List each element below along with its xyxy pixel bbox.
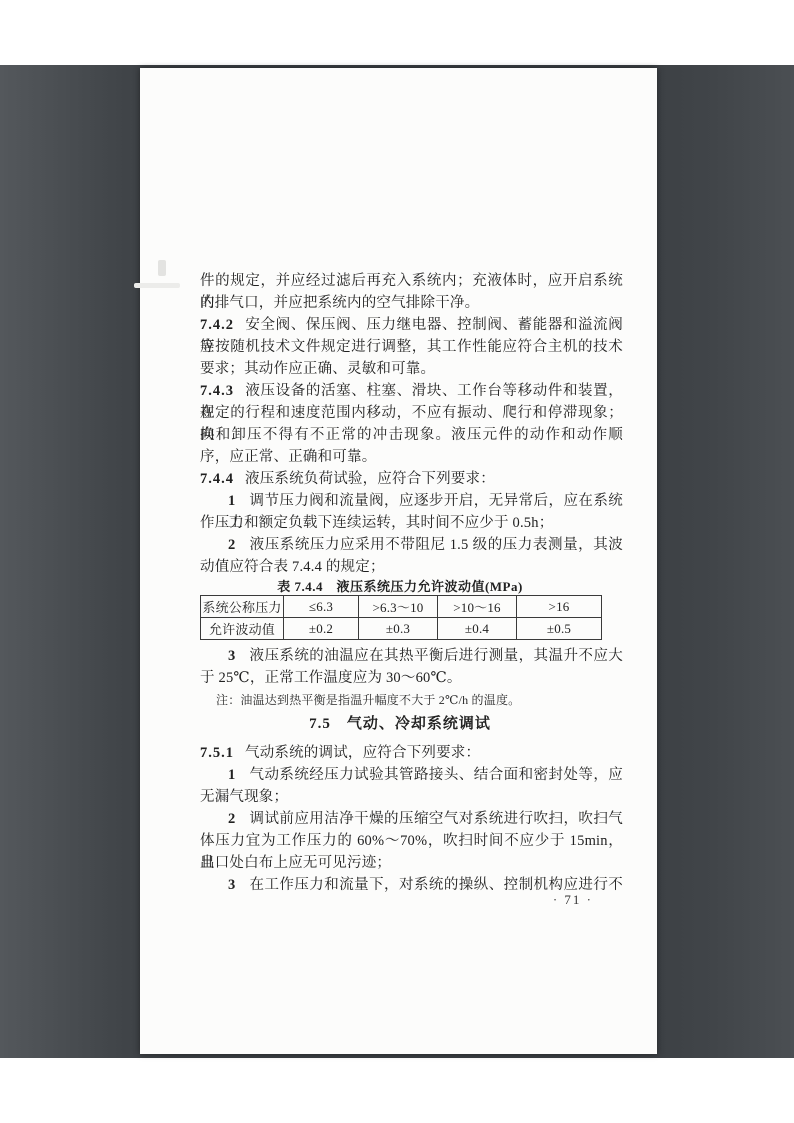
body-text-part2: 3液压系统的油温应在其热平衡后进行测量，其温升不应大于 25℃，正常工作温度应为… bbox=[200, 645, 623, 689]
text-line: 3液压系统的油温应在其热平衡后进行测量，其温升不应大 bbox=[200, 645, 623, 667]
text-line: 应按随机技术文件规定进行调整，其工作性能应符合主机的技术 bbox=[200, 336, 623, 358]
line-text: 气动系统的调试，应符合下列要求： bbox=[245, 745, 480, 761]
bold-number: 2 bbox=[228, 537, 236, 553]
bold-number: 7.4.2 bbox=[200, 317, 234, 333]
text-line: 出口处白布上应无可见污迹； bbox=[200, 852, 623, 874]
text-line: 向和卸压不得有不正常的冲击现象。液压元件的动作和动作顺 bbox=[200, 424, 623, 446]
text-line: 1气动系统经压力试验其管路接头、结合面和密封处等，应 bbox=[200, 764, 623, 786]
text-line: 件的规定，并应经过滤后再充入系统内；充液体时，应开启系统内 bbox=[200, 270, 623, 292]
scanned-document-screenshot: 件的规定，并应经过滤后再充入系统内；充液体时，应开启系统内的排气口，并应把系统内… bbox=[0, 0, 794, 1123]
line-text: 要求；其动作应正确、灵敏和可靠。 bbox=[200, 361, 435, 377]
body-text-part3: 7.5.1气动系统的调试，应符合下列要求：1气动系统经压力试验其管路接头、结合面… bbox=[200, 742, 623, 896]
bold-number: 7.4.4 bbox=[200, 471, 234, 487]
scan-dark-frame: 件的规定，并应经过滤后再充入系统内；充液体时，应开启系统内的排气口，并应把系统内… bbox=[0, 65, 794, 1058]
body-text-part1: 件的规定，并应经过滤后再充入系统内；充液体时，应开启系统内的排气口，并应把系统内… bbox=[200, 270, 623, 578]
text-line: 7.4.4液压系统负荷试验，应符合下列要求： bbox=[200, 468, 623, 490]
text-line: 体压力宜为工作压力的 60%～70%，吹扫时间不应少于 15min，且 bbox=[200, 830, 623, 852]
bold-number: 3 bbox=[228, 648, 236, 664]
bold-number: 1 bbox=[228, 493, 236, 509]
text-line: 的排气口，并应把系统内的空气排除干净。 bbox=[200, 292, 623, 314]
text-line: 序，应正常、正确和可靠。 bbox=[200, 446, 623, 468]
text-line: 2液压系统压力应采用不带阻尼 1.5 级的压力表测量，其波 bbox=[200, 534, 623, 556]
text-line: 规定的行程和速度范围内移动，不应有振动、爬行和停滞现象；换 bbox=[200, 402, 623, 424]
text-line: 要求；其动作应正确、灵敏和可靠。 bbox=[200, 358, 623, 380]
text-line: 1调节压力阀和流量阀，应逐步开启，无异常后，应在系统工 bbox=[200, 490, 623, 512]
line-text: 在工作压力和流量下，对系统的操纵、控制机构应进行不 bbox=[249, 877, 623, 893]
bold-number: 7.4.3 bbox=[200, 383, 234, 399]
line-text: 序，应正常、正确和可靠。 bbox=[200, 449, 376, 465]
table-cell: >16 bbox=[517, 596, 602, 618]
table-cell: ≤6.3 bbox=[284, 596, 359, 618]
table-cell: >6.3～10 bbox=[359, 596, 438, 618]
line-text: 于 25℃，正常工作温度应为 30～60℃。 bbox=[200, 670, 462, 686]
page-number: · 71 · bbox=[553, 892, 593, 908]
table-caption: 表 7.4.4 液压系统压力允许波动值(MPa) bbox=[200, 578, 600, 595]
table-row: 系统公称压力≤6.3>6.3～10>10～16>16 bbox=[201, 596, 602, 618]
table-row: 允许波动值±0.2±0.3±0.4±0.5 bbox=[201, 618, 602, 640]
table-cell: 系统公称压力 bbox=[201, 596, 284, 618]
text-line: 2调试前应用洁净干燥的压缩空气对系统进行吹扫，吹扫气 bbox=[200, 808, 623, 830]
line-text: 出口处白布上应无可见污迹； bbox=[200, 855, 391, 871]
table-cell: ±0.5 bbox=[517, 618, 602, 640]
document-page: 件的规定，并应经过滤后再充入系统内；充液体时，应开启系统内的排气口，并应把系统内… bbox=[140, 68, 657, 1054]
table-cell: ±0.3 bbox=[359, 618, 438, 640]
line-text: 液压系统的油温应在其热平衡后进行测量，其温升不应大 bbox=[249, 648, 623, 664]
text-line: 7.4.2安全阀、保压阀、压力继电器、控制阀、蓄能器和溢流阀等 bbox=[200, 314, 623, 336]
table-cell: ±0.4 bbox=[438, 618, 517, 640]
line-text: 无漏气现象； bbox=[200, 789, 288, 805]
bold-number: 1 bbox=[228, 767, 236, 783]
text-line: 于 25℃，正常工作温度应为 30～60℃。 bbox=[200, 667, 623, 689]
line-text: 动值应符合表 7.4.4 的规定； bbox=[200, 559, 385, 575]
table-body: 系统公称压力≤6.3>6.3～10>10～16>16允许波动值±0.2±0.3±… bbox=[201, 596, 602, 640]
pressure-fluctuation-table: 系统公称压力≤6.3>6.3～10>10～16>16允许波动值±0.2±0.3±… bbox=[200, 595, 602, 640]
line-text: 的排气口，并应把系统内的空气排除干净。 bbox=[200, 295, 479, 311]
text-line: 7.4.3液压设备的活塞、柱塞、滑块、工作台等移动件和装置，在 bbox=[200, 380, 623, 402]
section-heading-7-5: 7.5 气动、冷却系统调试 bbox=[200, 712, 600, 736]
line-text: 应按随机技术文件规定进行调整，其工作性能应符合主机的技术 bbox=[200, 339, 623, 355]
table-cell: >10～16 bbox=[438, 596, 517, 618]
line-text: 向和卸压不得有不正常的冲击现象。液压元件的动作和动作顺 bbox=[200, 427, 623, 443]
text-line: 无漏气现象； bbox=[200, 786, 623, 808]
table-cell: 允许波动值 bbox=[201, 618, 284, 640]
bold-number: 2 bbox=[228, 811, 236, 827]
page-content: 件的规定，并应经过滤后再充入系统内；充液体时，应开启系统内的排气口，并应把系统内… bbox=[140, 68, 657, 1054]
note-line: 注：油温达到热平衡是指温升幅度不大于 2℃/h 的温度。 bbox=[200, 691, 623, 710]
line-text: 调试前应用洁净干燥的压缩空气对系统进行吹扫，吹扫气 bbox=[249, 811, 623, 827]
bold-number: 7.5.1 bbox=[200, 745, 234, 761]
text-line: 动值应符合表 7.4.4 的规定； bbox=[200, 556, 623, 578]
line-text: 液压系统压力应采用不带阻尼 1.5 级的压力表测量，其波 bbox=[249, 537, 623, 553]
bold-number: 3 bbox=[228, 877, 236, 893]
text-line: 作压力和额定负载下连续运转，其时间不应少于 0.5h； bbox=[200, 512, 623, 534]
line-text: 气动系统经压力试验其管路接头、结合面和密封处等，应 bbox=[249, 767, 623, 783]
line-text: 液压系统负荷试验，应符合下列要求： bbox=[245, 471, 495, 487]
text-line: 7.5.1气动系统的调试，应符合下列要求： bbox=[200, 742, 623, 764]
line-text: 作压力和额定负载下连续运转，其时间不应少于 0.5h； bbox=[200, 515, 553, 531]
table-cell: ±0.2 bbox=[284, 618, 359, 640]
